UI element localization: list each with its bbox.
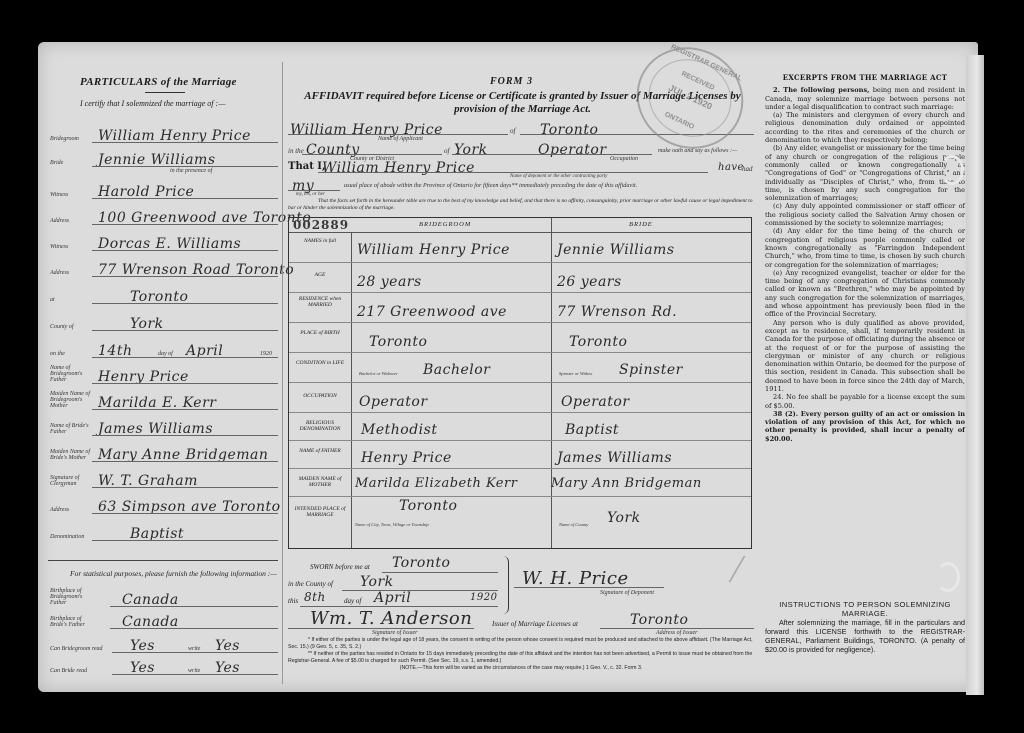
instructions-block: INSTRUCTIONS TO PERSON SOLEMNIZING MARRI… (765, 600, 965, 654)
issuer-signature: Wm. T. Anderson (310, 608, 472, 629)
table-row: INTENDED PLACE of MARRIAGE Toronto Name … (289, 496, 751, 546)
field-bride: Bride Jennie Williams in the presence of (50, 146, 278, 168)
field-groom-father: Name of Bridegroom's Father Henry Price (50, 363, 278, 385)
this-label: this (288, 597, 298, 605)
section-divider (48, 560, 278, 561)
clause-c: (c) Any duly appointed commissioner or s… (765, 202, 965, 227)
punch-hole-top (940, 155, 964, 185)
field-at: at Toronto (50, 283, 278, 305)
field-bride-father: Name of Bride's Father James Williams (50, 415, 278, 437)
abode-line: my my, his, or her usual place of abode … (288, 176, 754, 196)
statistical-note: For statistical purposes, please furnish… (50, 569, 278, 578)
form-number: FORM 3 (490, 76, 533, 87)
field-groom-literacy: Can Bridegroom read Yes write Yes (50, 632, 278, 654)
field-county: County of York (50, 310, 278, 332)
col-bride: BRIDE (629, 221, 653, 228)
table-row: NAMES in full William Henry Price Jennie… (289, 232, 751, 263)
residence-clause: Any person who is duly qualified as abov… (765, 319, 965, 394)
footnote-2: ** If neither of the parties has resided… (288, 651, 754, 664)
section-38: 38 (2). Every person guilty of an act or… (765, 410, 965, 443)
clause-d: (d) Any elder for the time being of the … (765, 227, 965, 268)
field-birthplace-groom-father: Birthplace of Bridegroom's Father Canada (50, 586, 278, 608)
footnote-1: * If either of the parties is under the … (288, 637, 754, 650)
field-denomination: Denomination Baptist (50, 520, 278, 542)
table-row: RELIGIOUS DENOMINATION Methodist Baptist (289, 412, 751, 441)
instructions-title: INSTRUCTIONS TO PERSON SOLEMNIZING MARRI… (765, 600, 965, 618)
paper-edge (966, 55, 984, 695)
serial-number: 002889 (293, 218, 349, 232)
table-row: PLACE of BIRTH Toronto Toronto (289, 322, 751, 353)
field-witness-2: Witness Dorcas E. Williams (50, 230, 278, 252)
particulars-table: 002889 BRIDEGROOM BRIDE NAMES in full Wi… (288, 217, 752, 549)
clause-a: (a) The ministers and clergymen of every… (765, 111, 965, 144)
field-bride-mother: Maiden Name of Bride's Mother Mary Anne … (50, 441, 278, 463)
sworn-place: Toronto (392, 555, 450, 571)
clause-e: (e) Any recognized evangelist, teacher o… (765, 269, 965, 319)
sworn-label: SWORN before me at (310, 563, 370, 571)
sworn-month: April (374, 590, 411, 606)
instructions-body: After solemnizing the marriage, fill in … (765, 618, 965, 654)
county-label: in the County of (288, 580, 333, 588)
marriage-act-excerpts: EXCERPTS FROM THE MARRIAGE ACT 2. The fo… (765, 74, 965, 443)
that-i-line: That I, William Henry Price Name of depo… (288, 158, 754, 178)
table-row: OCCUPATION Operator Operator (289, 382, 751, 413)
table-row: CONDITION in LIFE Bachelor or Widower Ba… (289, 352, 751, 383)
table-row: RESIDENCE when MARRIED 217 Greenwood ave… (289, 292, 751, 323)
field-date: on the 14th day of April 1920 (50, 337, 278, 359)
field-birthplace-bride-father: Birthplace of Bride's Father Canada (50, 608, 278, 630)
title-rule (145, 92, 185, 93)
field-clergyman-signature: Signature of Clergyman W. T. Graham (50, 467, 278, 489)
sworn-year: 1920 (470, 592, 497, 603)
section-24: 24. No fee shall be payable for a licens… (765, 393, 965, 410)
table-row: MAIDEN NAME of MOTHER Marilda Elizabeth … (289, 468, 751, 497)
facts-text: That the facts set forth in the hereunde… (288, 198, 754, 212)
deponent-signature: W. H. Price (522, 568, 629, 589)
column-divider (282, 62, 283, 684)
table-row: AGE 28 years 26 years (289, 262, 751, 293)
punch-hole-bottom (936, 562, 960, 592)
field-groom-mother: Maiden Name of Bridegroom's Mother Maril… (50, 389, 278, 411)
sworn-day: 8th (304, 590, 326, 604)
field-witness-1: Witness Harold Price (50, 178, 278, 200)
table-header: 002889 BRIDEGROOM BRIDE (289, 218, 751, 233)
clause-b: (b) Any elder, evangelist or missionary … (765, 144, 965, 202)
col-bridegroom: BRIDEGROOM (419, 221, 471, 228)
particulars-title: PARTICULARS of the Marriage (80, 76, 237, 88)
table-row: NAME of FATHER Henry Price James William… (289, 440, 751, 469)
sworn-county: York (360, 574, 394, 590)
field-address-2: Address 77 Wrenson Road Toronto (50, 256, 278, 278)
issuer-address: Toronto (630, 612, 688, 628)
field-address-1: Address 100 Greenwood ave Toronto (50, 204, 278, 226)
footnote-3: (NOTE.—This form will be varied as the c… (288, 665, 754, 672)
certify-text: I certify that I solemnized the marriage… (80, 99, 225, 108)
excerpts-title: EXCERPTS FROM THE MARRIAGE ACT (765, 74, 965, 82)
field-bride-literacy: Can Bride read Yes write Yes (50, 654, 278, 676)
field-bridegroom: Bridegroom William Henry Price (50, 122, 278, 144)
field-clergyman-address: Address 63 Simpson ave Toronto (50, 493, 278, 515)
